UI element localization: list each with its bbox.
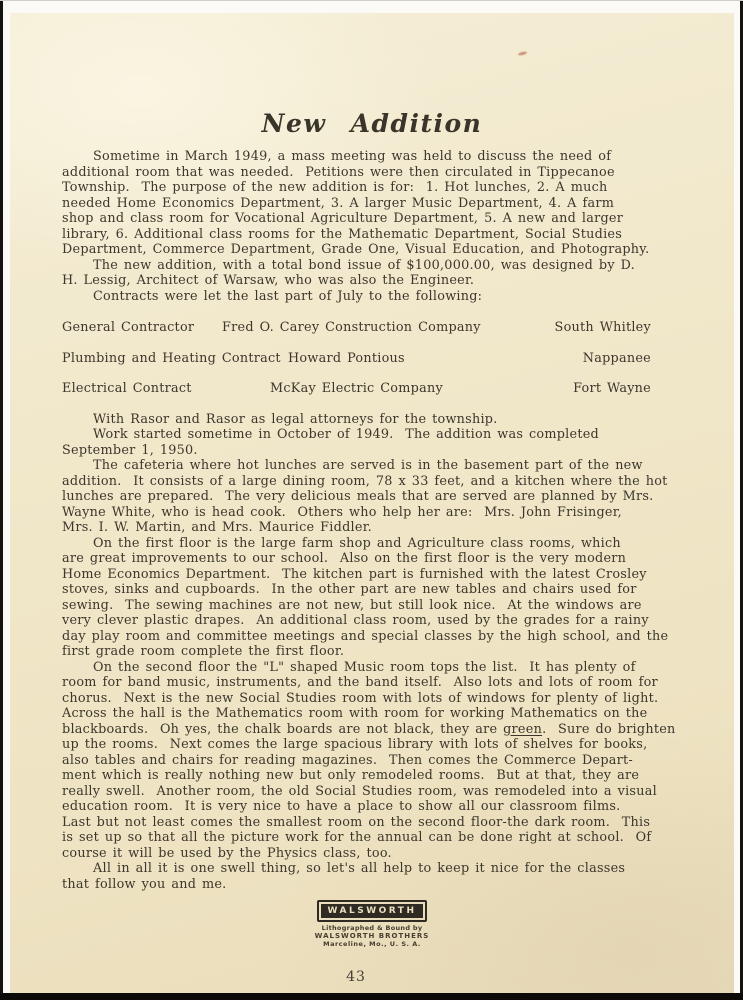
- body-top-section: Sometime in March 1949, a mass meeting w…: [62, 149, 681, 304]
- paragraph: Sometime in March 1949, a mass meeting w…: [62, 149, 681, 258]
- text-line: On the first floor is the large farm sho…: [62, 536, 681, 552]
- text-line: shop and class room for Vocational Agric…: [62, 211, 681, 227]
- contract-company: Fred O. Carey Construction Company: [222, 320, 481, 336]
- underlined-word: green: [503, 722, 542, 737]
- paragraph: All in all it is one swell thing, so let…: [62, 861, 681, 892]
- contract-company: McKay Electric Company: [270, 381, 443, 397]
- text-line: really swell. Another room, the old Soci…: [62, 784, 681, 800]
- contract-row: General ContractorFred O. Carey Construc…: [62, 320, 651, 336]
- paragraph: The new addition, with a total bond issu…: [62, 258, 681, 289]
- text-line: Last but not least comes the smallest ro…: [62, 815, 681, 831]
- text-line: very clever plastic drapes. An additiona…: [62, 613, 681, 629]
- contract-role: General Contractor: [62, 320, 194, 336]
- text-line: chorus. Next is the new Social Studies r…: [62, 691, 681, 707]
- text-line: All in all it is one swell thing, so let…: [62, 861, 681, 877]
- paper-stain: [518, 51, 527, 56]
- paragraph: With Rasor and Rasor as legal attorneys …: [62, 412, 681, 428]
- contract-city: South Whitley: [555, 320, 651, 336]
- text-line: Sometime in March 1949, a mass meeting w…: [62, 149, 681, 165]
- printer-line-3: Marceline, Mo., U. S. A.: [10, 940, 734, 948]
- contract-row: Plumbing and Heating ContractHoward Pont…: [62, 351, 651, 367]
- walsworth-logo-box: WALSWORTH: [317, 900, 428, 922]
- page-number: 43: [0, 969, 718, 985]
- text-line: additional room that was needed. Petitio…: [62, 165, 681, 181]
- scan-edge-left: [0, 1, 3, 1000]
- text-line: On the second floor the "L" shaped Music…: [62, 660, 681, 676]
- text-line: Across the hall is the Mathematics room …: [62, 706, 681, 722]
- text-line: addition. It consists of a large dining …: [62, 474, 681, 490]
- text-line: September 1, 1950.: [62, 443, 681, 459]
- text-line: are great improvements to our school. Al…: [62, 551, 681, 567]
- text-line: day play room and committee meetings and…: [62, 629, 681, 645]
- text-line: up the rooms. Next comes the large spaci…: [62, 737, 681, 753]
- text-line: Department, Commerce Department, Grade O…: [62, 242, 681, 258]
- page-title: New Addition: [10, 107, 734, 141]
- text-line: sewing. The sewing machines are not new,…: [62, 598, 681, 614]
- contract-city: Fort Wayne: [573, 381, 651, 397]
- paragraph: Contracts were let the last part of July…: [62, 289, 681, 305]
- contract-company: Howard Pontious: [288, 351, 405, 367]
- text-line: education room. It is very nice to have …: [62, 799, 681, 815]
- text-line: Work started sometime in October of 1949…: [62, 427, 681, 443]
- text-line: ment which is really nothing new but onl…: [62, 768, 681, 784]
- paper: New Addition Sometime in March 1949, a m…: [10, 13, 734, 993]
- paragraph: On the second floor the "L" shaped Music…: [62, 660, 681, 862]
- walsworth-logo-text: WALSWORTH: [321, 904, 424, 918]
- text-line: that follow you and me.: [62, 877, 681, 893]
- text-line: course it will be used by the Physics cl…: [62, 846, 681, 862]
- body-bottom-section: With Rasor and Rasor as legal attorneys …: [62, 412, 681, 893]
- text-line: lunches are prepared. The very delicious…: [62, 489, 681, 505]
- text-line: room for band music, instruments, and th…: [62, 675, 681, 691]
- printer-line-2: WALSWORTH BROTHERS: [10, 932, 734, 940]
- text-line: blackboards. Oh yes, the chalk boards ar…: [62, 722, 681, 738]
- text-line: library, 6. Additional class rooms for t…: [62, 227, 681, 243]
- text-line: Home Economics Department. The kitchen p…: [62, 567, 681, 583]
- contract-city: Nappanee: [583, 351, 651, 367]
- text-line: Wayne White, who is head cook. Others wh…: [62, 505, 681, 521]
- scanned-page: New Addition Sometime in March 1949, a m…: [0, 0, 743, 1000]
- contract-role: Electrical Contract: [62, 381, 192, 397]
- contract-role: Plumbing and Heating Contract: [62, 351, 281, 367]
- text-line: stoves, sinks and cupboards. In the othe…: [62, 582, 681, 598]
- text-line: With Rasor and Rasor as legal attorneys …: [62, 412, 681, 428]
- text-line: also tables and chairs for reading magaz…: [62, 753, 681, 769]
- printer-mark: WALSWORTH Lithographed & Bound by WALSWO…: [10, 898, 734, 948]
- contract-row: Electrical ContractMcKay Electric Compan…: [62, 381, 651, 397]
- text-line: Contracts were let the last part of July…: [62, 289, 681, 305]
- paragraph: The cafeteria where hot lunches are serv…: [62, 458, 681, 536]
- paragraph: Work started sometime in October of 1949…: [62, 427, 681, 458]
- text-line: needed Home Economics Department, 3. A l…: [62, 196, 681, 212]
- text-line: H. Lessig, Architect of Warsaw, who was …: [62, 273, 681, 289]
- contracts-table: General ContractorFred O. Carey Construc…: [62, 320, 651, 397]
- scan-edge-bottom: [0, 993, 743, 1000]
- text-line: Township. The purpose of the new additio…: [62, 180, 681, 196]
- text-line: is set up so that all the picture work f…: [62, 830, 681, 846]
- paragraph: On the first floor is the large farm sho…: [62, 536, 681, 660]
- document-body: Sometime in March 1949, a mass meeting w…: [62, 149, 681, 892]
- text-line: The new addition, with a total bond issu…: [62, 258, 681, 274]
- text-line: first grade room complete the first floo…: [62, 644, 681, 660]
- text-line: Mrs. I. W. Martin, and Mrs. Maurice Fidd…: [62, 520, 681, 536]
- printer-mark-lines: Lithographed & Bound by WALSWORTH BROTHE…: [10, 924, 734, 948]
- printer-line-1: Lithographed & Bound by: [10, 924, 734, 932]
- text-line: The cafeteria where hot lunches are serv…: [62, 458, 681, 474]
